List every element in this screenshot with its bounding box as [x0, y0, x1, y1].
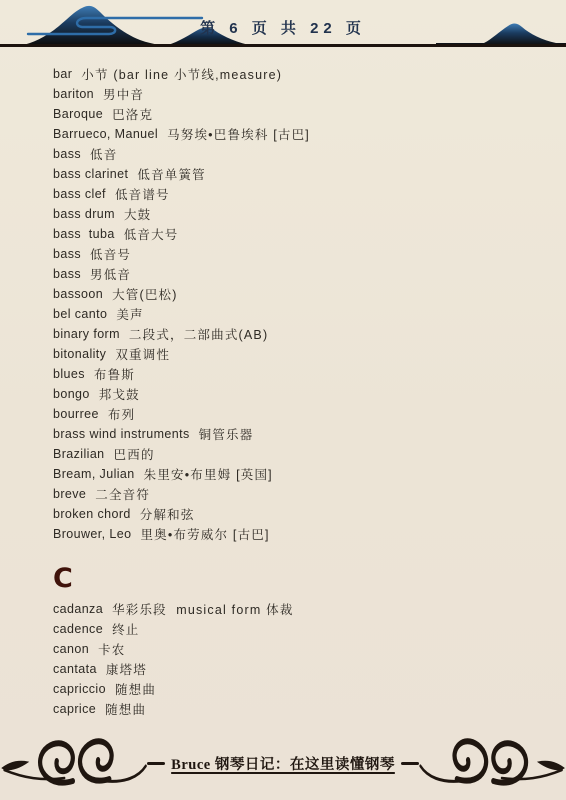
glossary-entry: bass低音号 — [53, 244, 546, 264]
glossary-entry: Brouwer, Leo里奥•布劳威尔 [古巴] — [53, 524, 546, 544]
entry-definition: 二全音符 — [95, 485, 150, 503]
entry-definition: 美声 — [116, 305, 143, 323]
glossary-entry: Bream, Julian朱里安•布里姆 [英国] — [53, 464, 546, 484]
glossary-entry: bass低音 — [53, 144, 546, 164]
entry-term: bongo — [53, 387, 90, 401]
entry-term: Brouwer, Leo — [53, 527, 131, 541]
entry-definition: 分解和弦 — [140, 505, 195, 523]
page-indicator: 第 6 页 共 22 页 — [0, 17, 566, 38]
entry-definition: 铜管乐器 — [199, 425, 254, 443]
entry-definition: 里奥•布劳威尔 [古巴] — [140, 525, 269, 543]
page-header: 第 6 页 共 22 页 — [0, 0, 566, 48]
entry-term: bass — [53, 147, 81, 161]
entry-term: breve — [53, 487, 86, 501]
entry-term: bass — [53, 247, 81, 261]
entry-term: broken chord — [53, 507, 131, 521]
entry-definition: 终止 — [112, 620, 139, 638]
glossary-entry: bitonality双重调性 — [53, 344, 546, 364]
entry-term: capriccio — [53, 682, 106, 696]
glossary-entry: bass clarinet低音单簧管 — [53, 164, 546, 184]
glossary-entry: bourree布列 — [53, 404, 546, 424]
entry-term: bassoon — [53, 287, 103, 301]
entry-term: Barrueco, Manuel — [53, 127, 158, 141]
entry-definition: 朱里安•布里姆 [英国] — [144, 465, 273, 483]
entry-term: Baroque — [53, 107, 103, 121]
glossary-entry: bass tuba低音大号 — [53, 224, 546, 244]
header-divider — [0, 44, 566, 47]
entry-definition: 大鼓 — [124, 205, 151, 223]
glossary-page: 第 6 页 共 22 页 bar小节 (bar line 小节线,measure… — [0, 0, 566, 800]
entry-term: bass drum — [53, 207, 115, 221]
glossary-entry: bel canto美声 — [53, 304, 546, 324]
entry-definition: 马努埃•巴鲁埃科 [古巴] — [167, 125, 310, 143]
glossary-entry: bass男低音 — [53, 264, 546, 284]
glossary-entry: capriccio随想曲 — [53, 679, 546, 699]
glossary-entry: caprice随想曲 — [53, 699, 546, 719]
glossary-entry: canon卡农 — [53, 639, 546, 659]
glossary-entry: bass drum大鼓 — [53, 204, 546, 224]
glossary-entry: cadanza华彩乐段 musical form 体裁 — [53, 599, 546, 619]
entry-term: blues — [53, 367, 85, 381]
footer-dash-right — [401, 762, 419, 765]
entry-term: cadence — [53, 622, 103, 636]
entry-term: brass wind instruments — [53, 427, 190, 441]
entry-term: bel canto — [53, 307, 107, 321]
flourish-left-icon — [0, 736, 147, 794]
glossary-content: bar小节 (bar line 小节线,measure)bariton男中音Ba… — [53, 64, 546, 719]
entry-term: canon — [53, 642, 89, 656]
entry-term: bass clarinet — [53, 167, 128, 181]
glossary-entry: brass wind instruments铜管乐器 — [53, 424, 546, 444]
entry-definition: 邦戈鼓 — [99, 385, 140, 403]
section-letter-c: C — [53, 559, 546, 597]
entry-term: Bream, Julian — [53, 467, 135, 481]
entry-definition: 低音单簧管 — [137, 165, 206, 183]
entry-definition: 大管(巴松) — [112, 285, 178, 303]
entry-definition: 巴洛克 — [112, 105, 153, 123]
entry-term: caprice — [53, 702, 96, 716]
glossary-entry: Brazilian巴西的 — [53, 444, 546, 464]
entry-definition: 随想曲 — [105, 700, 146, 718]
entry-term: bariton — [53, 87, 94, 101]
glossary-entry: cantata康塔塔 — [53, 659, 546, 679]
entry-definition: 华彩乐段 musical form 体裁 — [112, 600, 293, 618]
entry-definition: 布鲁斯 — [94, 365, 135, 383]
page-footer: Bruce 钢琴日记：在这里读懂钢琴 — [0, 736, 566, 794]
glossary-entry: binary form二段式，二部曲式(AB) — [53, 324, 546, 344]
footer-title-group: Bruce 钢琴日记：在这里读懂钢琴 — [147, 753, 419, 774]
entry-definition: 双重调性 — [115, 345, 170, 363]
entry-term: cadanza — [53, 602, 103, 616]
glossary-entry: bar小节 (bar line 小节线,measure) — [53, 64, 546, 84]
entry-term: cantata — [53, 662, 97, 676]
entry-definition: 小节 (bar line 小节线,measure) — [81, 65, 282, 83]
glossary-entry: bass clef低音谱号 — [53, 184, 546, 204]
entry-term: bourree — [53, 407, 99, 421]
entry-definition: 低音 — [90, 145, 117, 163]
glossary-entry: cadence终止 — [53, 619, 546, 639]
entry-term: bar — [53, 67, 72, 81]
entry-list-c: cadanza华彩乐段 musical form 体裁cadence终止cano… — [53, 599, 546, 719]
entry-definition: 男低音 — [90, 265, 131, 283]
footer-dash-left — [147, 762, 165, 765]
entry-definition: 随想曲 — [115, 680, 156, 698]
glossary-entry: Barrueco, Manuel马努埃•巴鲁埃科 [古巴] — [53, 124, 546, 144]
entry-term: bass clef — [53, 187, 106, 201]
entry-term: bitonality — [53, 347, 106, 361]
entry-term: bass — [53, 267, 81, 281]
entry-term: bass tuba — [53, 227, 115, 241]
glossary-entry: bassoon大管(巴松) — [53, 284, 546, 304]
entry-term: binary form — [53, 327, 120, 341]
entry-definition: 低音大号 — [124, 225, 179, 243]
entry-definition: 低音谱号 — [115, 185, 170, 203]
entry-definition: 康塔塔 — [106, 660, 147, 678]
glossary-entry: broken chord分解和弦 — [53, 504, 546, 524]
footer-title: Bruce 钢琴日记：在这里读懂钢琴 — [171, 753, 395, 774]
entry-definition: 巴西的 — [114, 445, 155, 463]
glossary-entry: Baroque巴洛克 — [53, 104, 546, 124]
entry-definition: 二段式，二部曲式(AB) — [129, 325, 268, 343]
entry-definition: 低音号 — [90, 245, 131, 263]
entry-term: Brazilian — [53, 447, 105, 461]
glossary-entry: bariton男中音 — [53, 84, 546, 104]
entry-definition: 布列 — [108, 405, 135, 423]
entry-definition: 卡农 — [98, 640, 125, 658]
glossary-entry: bongo邦戈鼓 — [53, 384, 546, 404]
entry-list-b: bar小节 (bar line 小节线,measure)bariton男中音Ba… — [53, 64, 546, 544]
glossary-entry: breve二全音符 — [53, 484, 546, 504]
flourish-right-icon — [419, 736, 566, 794]
entry-definition: 男中音 — [103, 85, 144, 103]
glossary-entry: blues布鲁斯 — [53, 364, 546, 384]
